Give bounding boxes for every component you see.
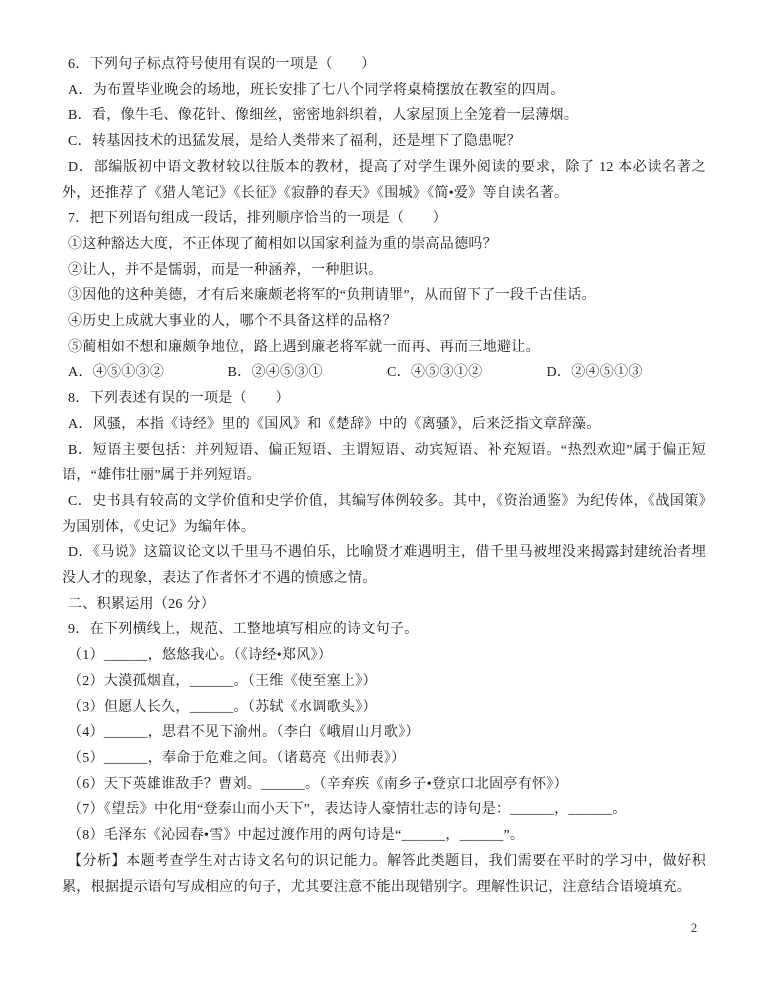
- question-6-option-b: B．看，像牛毛、像花针、像细丝，密密地斜织着，人家屋顶上全笼着一层薄烟。: [62, 103, 706, 129]
- question-9-stem: 9．在下列横线上，规范、工整地填写相应的诗文句子。: [62, 617, 706, 643]
- question-8-stem: 8．下列表述有误的一项是（ ）: [62, 386, 706, 412]
- question-7-sentence-3: ③因他的这种美德，才有后来廉颇老将军的“负荆请罪”，从而留下了一段千古佳话。: [62, 283, 706, 309]
- question-7-sentence-4: ④历史上成就大事业的人，哪个不具备这样的品格？: [62, 309, 706, 335]
- question-9-item-8: （8）毛泽东《沁园春•雪》中起过渡作用的两句诗是“______，______”。: [62, 823, 706, 849]
- question-7-choices: A．④⑤①③② B．②④⑤③① C．④⑤③①② D．②④⑤①③: [62, 360, 706, 386]
- question-6-stem: 6．下列句子标点符号使用有误的一项是（ ）: [62, 52, 706, 78]
- question-7-choice-b: B．②④⑤③①: [228, 360, 388, 386]
- section-2-heading: 二、积累运用（26 分）: [62, 592, 706, 618]
- question-7-sentence-2: ②让人，并不是懦弱，而是一种涵养，一种胆识。: [62, 258, 706, 284]
- question-6-option-d: D．部编版初中语文教材较以往版本的教材，提高了对学生课外阅读的要求，除了 12 …: [62, 155, 706, 206]
- question-9-item-5: （5）______，奉命于危难之间。（诸葛亮《出师表》）: [62, 746, 706, 772]
- question-9-item-2: （2）大漠孤烟直，______。（王维《使至塞上》）: [62, 669, 706, 695]
- question-7-sentence-1: ①这种豁达大度，不正体现了蔺相如以国家利益为重的崇高品德吗？: [62, 232, 706, 258]
- question-6-option-a: A．为布置毕业晚会的场地，班长安排了七八个同学将桌椅摆放在教室的四周。: [62, 78, 706, 104]
- document-page: 6．下列句子标点符号使用有误的一项是（ ） A．为布置毕业晚会的场地，班长安排了…: [62, 52, 706, 900]
- question-8-option-b: B．短语主要包括：并列短语、偏正短语、主谓短语、动宾短语、补充短语。“热烈欢迎”…: [62, 438, 706, 489]
- question-7-choice-d: D．②④⑤①③: [547, 360, 707, 386]
- question-7-choice-a: A．④⑤①③②: [68, 360, 228, 386]
- question-8-option-d: D．《马说》这篇议论文以千里马不遇伯乐，比喻贤才难遇明主，借千里马被埋没来揭露封…: [62, 540, 706, 591]
- question-6-option-c: C．转基因技术的迅猛发展，是给人类带来了福利，还是埋下了隐患呢？: [62, 129, 706, 155]
- question-9-item-3: （3）但愿人长久，______。（苏轼《水调歌头》）: [62, 695, 706, 721]
- analysis-paragraph: 【分析】本题考查学生对古诗文名句的识记能力。解答此类题目，我们需要在平时的学习中…: [62, 849, 706, 900]
- question-7-choice-c: C．④⑤③①②: [387, 360, 547, 386]
- question-9-item-6: （6）天下英雄谁敌手？曹刘。______。（辛弃疾《南乡子•登京口北固亭有怀》）: [62, 772, 706, 798]
- question-7-sentence-5: ⑤蔺相如不想和廉颇争地位，路上遇到廉老将军就一而再、再而三地避让。: [62, 335, 706, 361]
- question-8-option-c: C．史书具有较高的文学价值和史学价值，其编写体例较多。其中，《资治通鉴》为纪传体…: [62, 489, 706, 540]
- question-9-item-7: （7）《望岳》中化用“登泰山而小天下”，表达诗人豪情壮志的诗句是：______，…: [62, 797, 706, 823]
- question-7-stem: 7．把下列语句组成一段话，排列顺序恰当的一项是（ ）: [62, 206, 706, 232]
- question-8-option-a: A．风骚，本指《诗经》里的《国风》和《楚辞》中的《离骚》，后来泛指文章辞藻。: [62, 412, 706, 438]
- question-9-item-4: （4）______，思君不见下渝州。（李白《峨眉山月歌》）: [62, 720, 706, 746]
- question-9-item-1: （1）______，悠悠我心。（《诗经•郑风》）: [62, 643, 706, 669]
- page-number: 2: [682, 918, 706, 938]
